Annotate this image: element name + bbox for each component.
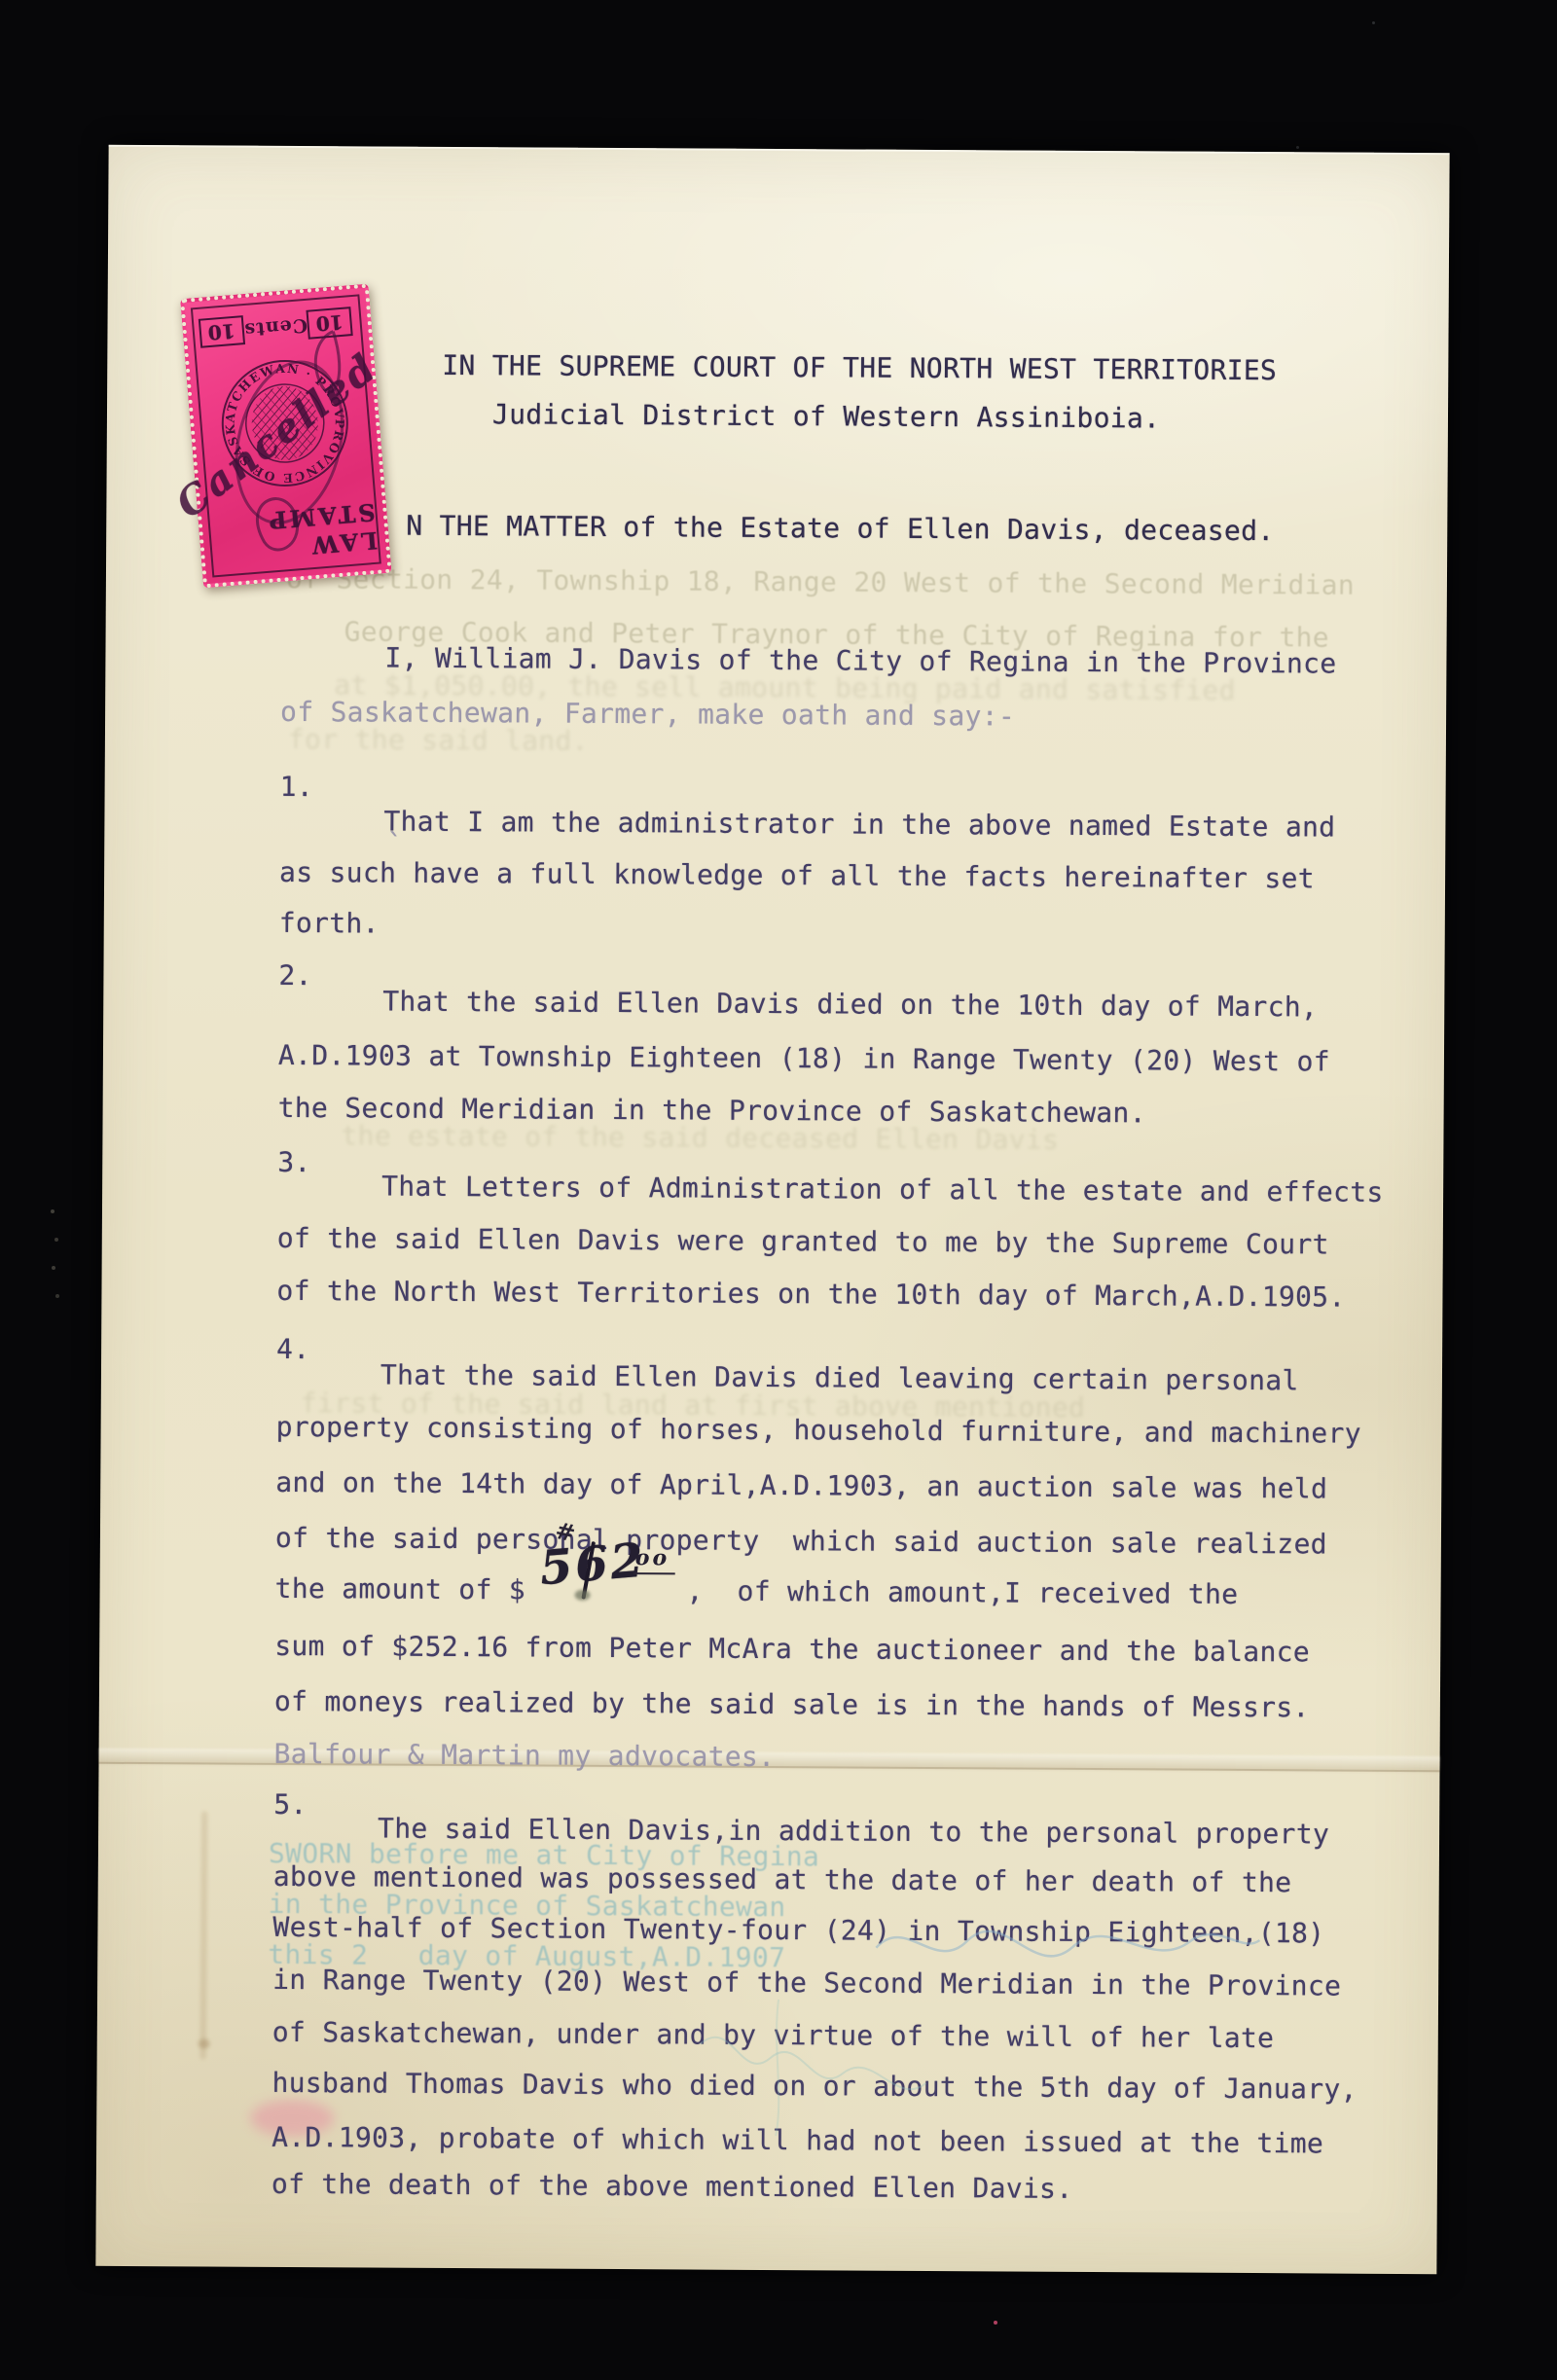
margin-speck bbox=[55, 1294, 59, 1298]
typed-line: Balfour & Martin my advocates. bbox=[273, 1738, 775, 1774]
typed-line: of moneys realized by the said sale is i… bbox=[274, 1685, 1310, 1724]
typed-line: of the said personal property which said… bbox=[275, 1522, 1327, 1562]
typed-line: A.D.1903 at Township Eighteen (18) in Ra… bbox=[278, 1039, 1330, 1079]
typed-line: of the death of the above mentioned Elle… bbox=[272, 2168, 1073, 2206]
handwritten-amount: # 562 oo bbox=[109, 145, 1450, 153]
typed-line: the amount of $ bbox=[275, 1572, 526, 1607]
ghost-typed-line: for the said land. bbox=[288, 723, 589, 758]
typed-line: N THE MATTER of the Estate of Ellen Davi… bbox=[406, 510, 1274, 548]
typed-line: Judicial District of Western Assiniboia. bbox=[492, 398, 1160, 435]
handwritten-amount-cents: oo bbox=[634, 1545, 676, 1574]
typed-line: and on the 14th day of April,A.D.1903, a… bbox=[275, 1466, 1327, 1506]
ghost-typed-line: the estate of the said deceased Ellen Da… bbox=[341, 1119, 1059, 1157]
typed-line: of the North West Territories on the 10t… bbox=[276, 1275, 1345, 1315]
law-stamp-text: LAW STAMP bbox=[209, 498, 379, 568]
typed-line: 5. bbox=[273, 1788, 308, 1821]
ink-blot bbox=[575, 1590, 591, 1601]
typed-line: That Letters of Administration of all th… bbox=[381, 1171, 1384, 1209]
stamp-denomination-row: 10 Cents 10 bbox=[193, 296, 361, 348]
ghost-typed-line: of Section 24, Township 18, Range 20 Wes… bbox=[286, 562, 1355, 602]
revenue-stamp: LAW STAMP bbox=[180, 284, 392, 589]
typed-line: husband Thomas Davis who died on or abou… bbox=[272, 2067, 1357, 2107]
typed-line: 4. bbox=[276, 1333, 310, 1366]
typed-line: of which amount,I received the bbox=[737, 1575, 1238, 1611]
typed-line: property consisting of horses, household… bbox=[276, 1411, 1361, 1451]
text-layer: IN THE SUPREME COURT OF THE NORTH WEST T… bbox=[109, 145, 1450, 153]
margin-speck bbox=[1372, 21, 1375, 24]
typed-line: That the said Ellen Davis died on the 10… bbox=[382, 986, 1318, 1025]
typed-line: IN THE SUPREME COURT OF THE NORTH WEST T… bbox=[442, 349, 1277, 387]
typed-line: , bbox=[686, 1574, 703, 1607]
stamp-face-upside-down: LAW STAMP bbox=[184, 288, 387, 584]
stain-spot bbox=[199, 2038, 210, 2048]
margin-speck bbox=[51, 1209, 54, 1213]
typed-line: of the said Ellen Davis were granted to … bbox=[277, 1222, 1329, 1262]
margin-speck bbox=[54, 1238, 58, 1242]
typed-line: 3. bbox=[277, 1146, 311, 1179]
margin-speck bbox=[1296, 146, 1299, 149]
red-speck bbox=[994, 2321, 997, 2325]
typed-line: of Saskatchewan, under and by virtue of … bbox=[272, 2016, 1275, 2055]
scanned-document-page: IN THE SUPREME COURT OF THE NORTH WEST T… bbox=[0, 0, 1557, 2380]
paper-sheet: IN THE SUPREME COURT OF THE NORTH WEST T… bbox=[95, 145, 1449, 2274]
typed-line: A.D.1903, probate of which will had not … bbox=[272, 2121, 1323, 2161]
stamp-seal: PROVINCE OF SASKATCHEWAN · PROVINCE OF · bbox=[206, 344, 364, 502]
typed-line: as such have a full knowledge of all the… bbox=[279, 856, 1315, 895]
typed-line: forth. bbox=[279, 907, 380, 941]
typed-line: ` bbox=[386, 828, 403, 861]
margin-speck bbox=[52, 1266, 55, 1270]
typed-line: 2. bbox=[278, 959, 312, 992]
stamp-denomination-right: 10 bbox=[199, 315, 245, 348]
stamp-frame: LAW STAMP bbox=[191, 294, 381, 577]
typed-line: 1. bbox=[280, 771, 314, 804]
typed-line: That I am the administrator in the above… bbox=[383, 806, 1335, 845]
typed-line: in Range Twenty (20) West of the Second … bbox=[272, 1964, 1341, 2003]
water-stain bbox=[200, 1811, 208, 2059]
stamp-denomination-left: 10 bbox=[307, 307, 353, 340]
stamp-cents-label: Cents bbox=[243, 314, 308, 341]
typed-line: sum of $252.16 from Peter McAra the auct… bbox=[274, 1630, 1310, 1669]
